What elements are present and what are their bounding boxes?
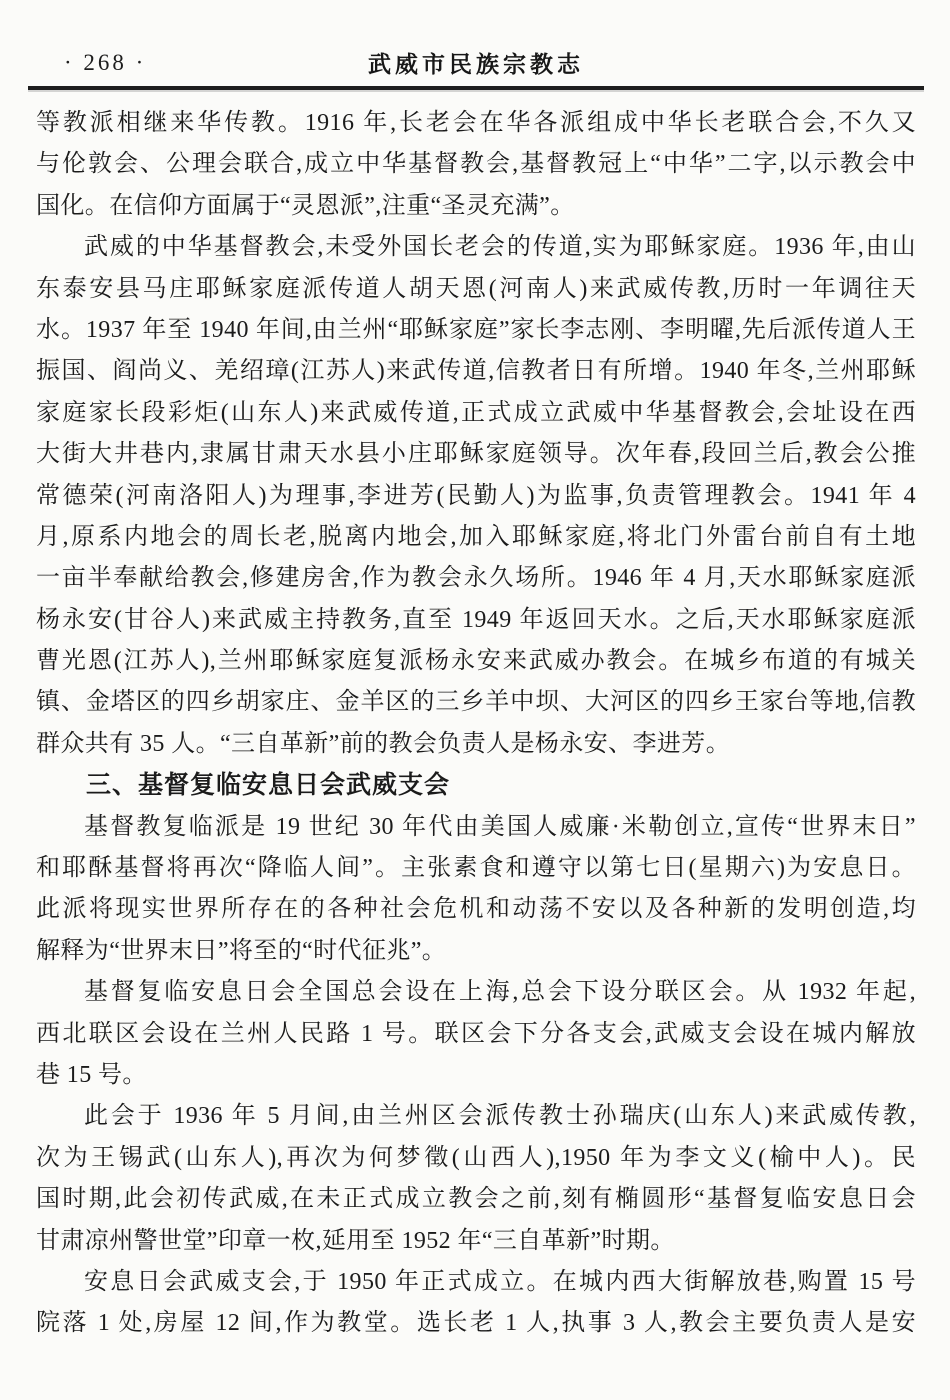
text-line: 家庭家长段彩炬(山东人)来武威传道,正式成立武威中华基督教会,会址设在西	[36, 393, 916, 434]
scanned-book-page: · 268 · 武威市民族宗教志 等教派相继来华传教。1916 年,长老会在华各…	[0, 0, 950, 1400]
paragraph: 基督复临安息日会全国总会设在上海,总会下设分联区会。从 1932 年起,西北联区…	[36, 972, 916, 1096]
text-line: 解释为“世界末日”将至的“时代征兆”。	[36, 931, 916, 972]
text-line: 群众共有 35 人。“三自革新”前的教会负责人是杨永安、李进芳。	[36, 724, 916, 765]
text-line: 大街大井巷内,隶属甘肃天水县小庄耶稣家庭领导。次年春,段回兰后,教会公推	[36, 434, 916, 475]
text-line: 甘肃凉州警世堂”印章一枚,延用至 1952 年“三自革新”时期。	[36, 1221, 916, 1262]
section-heading-block: 三、基督复临安息日会武威支会	[36, 765, 916, 806]
section-heading: 三、基督复临安息日会武威支会	[36, 765, 916, 806]
text-line: 此派将现实世界所存在的各种社会危机和动荡不安以及各种新的发明创造,均	[36, 889, 916, 930]
book-title: 武威市民族宗教志	[368, 46, 584, 79]
text-line: 院落 1 处,房屋 12 间,作为教堂。选长老 1 人,执事 3 人,教会主要负…	[36, 1303, 916, 1344]
text-line: 国时期,此会初传武威,在未正式成立教会之前,刻有椭圆形“基督复临安息日会	[36, 1179, 916, 1220]
paragraph: 基督教复临派是 19 世纪 30 年代由美国人威廉·米勒创立,宣传“世界末日”和…	[36, 807, 916, 973]
text-line: 曹光恩(江苏人),兰州耶稣家庭复派杨永安来武威办教会。在城乡布道的有城关	[36, 641, 916, 682]
page-header: · 268 · 武威市民族宗教志	[36, 44, 916, 84]
text-line: 杨永安(甘谷人)来武威主持教务,直至 1949 年返回天水。之后,天水耶稣家庭派	[36, 600, 916, 641]
page-body: 等教派相继来华传教。1916 年,长老会在华各派组成中华长老联合会,不久又与伦敦…	[36, 103, 916, 1345]
text-line: 东泰安县马庄耶稣家庭派传道人胡天恩(河南人)来武威传教,历时一年调往天	[36, 269, 916, 310]
text-line: 与伦敦会、公理会联合,成立中华基督教会,基督教冠上“中华”二字,以示教会中	[36, 144, 916, 185]
page-number: · 268 ·	[64, 50, 146, 76]
paragraph: 此会于 1936 年 5 月间,由兰州区会派传教士孙瑞庆(山东人)来武威传教,次…	[36, 1096, 916, 1262]
text-line: 等教派相继来华传教。1916 年,长老会在华各派组成中华长老联合会,不久又	[36, 103, 916, 144]
text-line: 安息日会武威支会,于 1950 年正式成立。在城内西大街解放巷,购置 15 号	[36, 1262, 916, 1303]
paragraph: 武威的中华基督教会,未受外国长老会的传道,实为耶稣家庭。1936 年,由山东泰安…	[36, 227, 916, 765]
text-line: 西北联区会设在兰州人民路 1 号。联区会下分各支会,武威支会设在城内解放	[36, 1014, 916, 1055]
text-line: 月,原系内地会的周长老,脱离内地会,加入耶稣家庭,将北门外雷台前自有土地	[36, 517, 916, 558]
paragraph: 安息日会武威支会,于 1950 年正式成立。在城内西大街解放巷,购置 15 号院…	[36, 1262, 916, 1345]
header-rule	[28, 86, 924, 90]
text-line: 巷 15 号。	[36, 1055, 916, 1096]
text-line: 武威的中华基督教会,未受外国长老会的传道,实为耶稣家庭。1936 年,由山	[36, 227, 916, 268]
paragraph: 等教派相继来华传教。1916 年,长老会在华各派组成中华长老联合会,不久又与伦敦…	[36, 103, 916, 227]
text-line: 此会于 1936 年 5 月间,由兰州区会派传教士孙瑞庆(山东人)来武威传教,	[36, 1096, 916, 1137]
text-line: 国化。在信仰方面属于“灵恩派”,注重“圣灵充满”。	[36, 186, 916, 227]
text-line: 振国、阎尚义、羌绍璋(江苏人)来武传道,信教者日有所增。1940 年冬,兰州耶稣	[36, 351, 916, 392]
text-line: 基督教复临派是 19 世纪 30 年代由美国人威廉·米勒创立,宣传“世界末日”	[36, 807, 916, 848]
text-line: 镇、金塔区的四乡胡家庄、金羊区的三乡羊中坝、大河区的四乡王家台等地,信教	[36, 682, 916, 723]
text-line: 一亩半奉献给教会,修建房舍,作为教会永久场所。1946 年 4 月,天水耶稣家庭…	[36, 558, 916, 599]
text-line: 次为王锡武(山东人),再次为何梦徵(山西人),1950 年为李文义(榆中人)。民	[36, 1138, 916, 1179]
text-line: 常德荣(河南洛阳人)为理事,李进芳(民勤人)为监事,负责管理教会。1941 年 …	[36, 476, 916, 517]
text-line: 基督复临安息日会全国总会设在上海,总会下设分联区会。从 1932 年起,	[36, 972, 916, 1013]
text-line: 和耶酥基督将再次“降临人间”。主张素食和遵守以第七日(星期六)为安息日。	[36, 848, 916, 889]
text-line: 水。1937 年至 1940 年间,由兰州“耶稣家庭”家长李志刚、李明曜,先后派…	[36, 310, 916, 351]
